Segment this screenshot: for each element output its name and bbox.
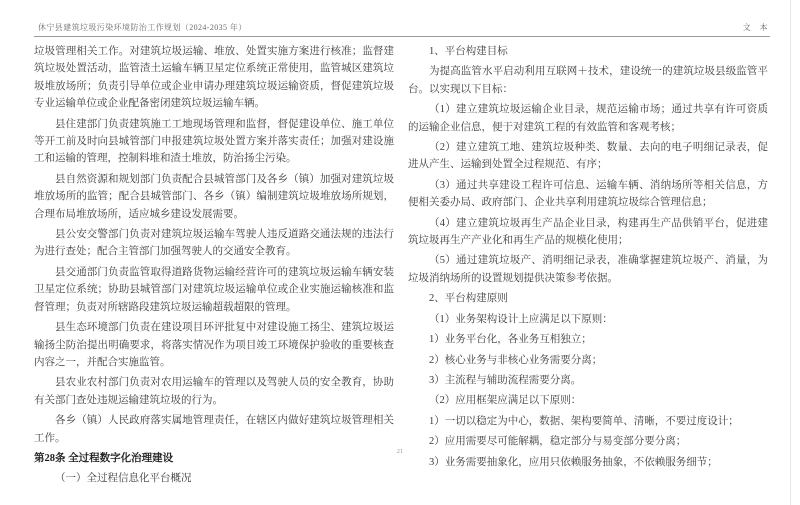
page-right-edge	[790, 0, 791, 505]
paragraph: 各乡（镇）人民政府落实属地管理责任，在辖区内做好建筑垃圾管理相关工作。	[34, 412, 394, 447]
paragraph: 县农业农村部门负责对农用运输车的管理以及驾驶人员的安全教育，协助有关部门查处违规…	[34, 374, 394, 409]
text-column-left: 垃圾管理相关工作。对建筑垃圾运输、堆放、处置实施方案进行核准；监督建筑垃圾处置活…	[34, 43, 394, 491]
document-page: { "header": { "title": "休宁县建筑垃圾污染环境防治工作规…	[0, 0, 800, 505]
list-item: （4）建立建筑垃圾再生产品企业目录，构建再生产品供销平台，促进建筑垃圾再生产产业…	[408, 215, 768, 250]
header-right-label: 文 本	[743, 22, 768, 33]
text-column-right: 1、平台构建目标 为提高监管水平启动利用互联网＋技术，建设统一的建筑垃圾县级监管…	[408, 43, 768, 491]
paragraph: 县交通部门负责监管取得道路货物运输经营许可的建筑垃圾运输车辆安装卫星定位系统；协…	[34, 264, 394, 316]
subsection-heading: （一）全过程信息化平台概况	[34, 470, 394, 487]
list-item: 1）一切以稳定为中心，数据、架构要简单、清晰，不要过度设计；	[408, 413, 768, 430]
header-rule	[34, 36, 770, 37]
list-item: （1）建立建筑垃圾运输企业目录，规范运输市场；通过共享有许可资质的运输企业信息，…	[408, 101, 768, 136]
list-heading: 2、平台构建原则	[408, 290, 768, 307]
paragraph: 县自然资源和规划部门负责配合县城管部门及各乡（镇）加强对建筑垃圾堆放场所的监管；…	[34, 171, 394, 223]
list-item: （1）业务架构设计上应满足以下原则：	[408, 311, 768, 328]
header-title: 休宁县建筑垃圾污染环境防治工作规划（2024-2035 年）	[38, 22, 247, 33]
page-header: 休宁县建筑垃圾污染环境防治工作规划（2024-2035 年） 文 本	[38, 22, 768, 33]
list-item: （2）应用框架应满足以下原则：	[408, 392, 768, 409]
paragraph: 县生态环境部门负责在建设项目环评批复中对建设施工扬尘、建筑垃圾运输扬尘防治提出明…	[34, 319, 394, 371]
list-item: （3）通过共享建设工程许可信息、运输车辆、消纳场所等相关信息，方便相关委办局、政…	[408, 177, 768, 212]
paragraph: 为提高监管水平启动利用互联网＋技术，建设统一的建筑垃圾县级监管平台。以实现以下目…	[408, 63, 768, 98]
list-heading: 1、平台构建目标	[408, 43, 768, 60]
paragraph: 县公安交警部门负责对建筑垃圾运输车驾驶人违反道路交通法规的违法行为进行查处；配合…	[34, 226, 394, 261]
list-item: （2）建立建筑工地、建筑垃圾种类、数量、去向的电子明细记录表，促进从产生、运输到…	[408, 139, 768, 174]
list-item: 3）业务需要抽象化，应用只依赖服务抽象，不依赖服务细节；	[408, 454, 768, 471]
list-item: （5）通过建筑垃圾产、消明细记录表，准确掌握建筑垃圾产、消量，为垃圾消纳场所的设…	[408, 252, 768, 287]
paragraph: 垃圾管理相关工作。对建筑垃圾运输、堆放、处置实施方案进行核准；监督建筑垃圾处置活…	[34, 43, 394, 113]
paragraph: 县住建部门负责建筑施工工地现场管理和监督，督促建设单位、施工单位等开工前及时向县…	[34, 116, 394, 168]
list-item: 1）业务平台化，各业务互相独立；	[408, 331, 768, 348]
list-item: 3）主流程与辅助流程需要分离。	[408, 372, 768, 389]
list-item: 2）核心业务与非核心业务需要分离；	[408, 352, 768, 369]
page-body: 垃圾管理相关工作。对建筑垃圾运输、堆放、处置实施方案进行核准；监督建筑垃圾处置活…	[34, 43, 768, 491]
page-number: 21	[0, 448, 800, 455]
